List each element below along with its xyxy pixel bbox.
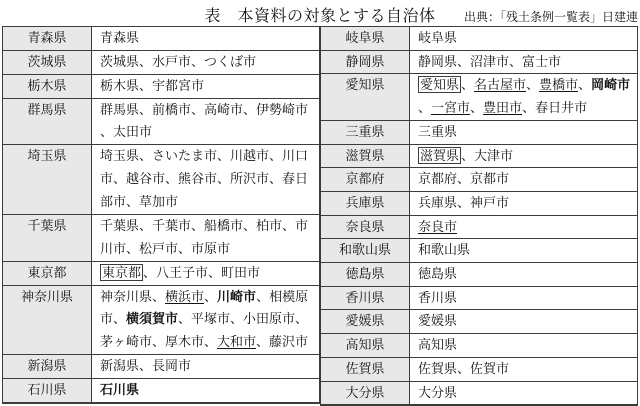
table-row: 石川県石川県	[3, 379, 320, 403]
municipality-segment-plain: 、	[578, 77, 591, 92]
municipalities-cell: 岐阜県	[410, 27, 638, 51]
prefecture-cell: 滋賀県	[321, 144, 410, 168]
municipality-segment-underline: 一宮市	[431, 100, 470, 115]
table-row: 静岡県静岡県、沼津市、富士市	[321, 50, 638, 74]
prefecture-cell: 神奈川県	[3, 285, 92, 355]
table-row: 茨城県茨城県、水戸市、つくば市	[3, 50, 320, 74]
municipality-segment-plain: 、春日井市	[522, 100, 587, 115]
municipality-segment-plain: 兵庫県、神戸市	[418, 195, 509, 210]
table-row: 高知県高知県	[321, 334, 638, 358]
municipality-segment-plain: 栃木県、宇都宮市	[100, 78, 204, 93]
municipality-segment-plain: 新潟県、長岡市	[100, 358, 191, 373]
municipality-segment-bold: 横須賀市	[126, 311, 178, 326]
table-row: 和歌山県和歌山県	[321, 239, 638, 263]
municipality-segment-underline: 名古屋市	[474, 77, 526, 92]
municipality-segment-plain: 徳島県	[418, 266, 457, 281]
municipalities-cell: 石川県	[92, 379, 320, 403]
municipality-segment-plain: 静岡県、沼津市、富士市	[418, 54, 561, 69]
table-row: 栃木県栃木県、宇都宮市	[3, 74, 320, 98]
municipalities-cell: 東京都、八王子市、町田市	[92, 261, 320, 285]
table-row: 群馬県群馬県、前橋市、高崎市、伊勢崎市、太田市	[3, 98, 320, 145]
table-row: 青森県青森県	[3, 27, 320, 51]
municipality-table-right: 岐阜県岐阜県静岡県静岡県、沼津市、富士市愛知県愛知県、名古屋市、豊橋市、岡崎市、…	[320, 26, 638, 406]
table-row: 岐阜県岐阜県	[321, 27, 638, 51]
municipality-segment-plain: 三重県	[418, 124, 457, 139]
prefecture-cell: 青森県	[3, 27, 92, 51]
municipality-segment-plain: 茨城県、水戸市、つくば市	[100, 54, 256, 69]
municipality-segment-plain: 群馬県、前橋市、高崎市、伊勢崎市、太田市	[100, 102, 308, 140]
municipalities-cell: 新潟県、長岡市	[92, 355, 320, 379]
municipality-segment-bold: 石川県	[100, 382, 139, 397]
prefecture-cell: 千葉県	[3, 214, 92, 261]
table-row: 滋賀県滋賀県、大津市	[321, 144, 638, 168]
municipalities-cell: 滋賀県、大津市	[410, 144, 638, 168]
prefecture-cell: 徳島県	[321, 263, 410, 287]
municipalities-cell: 群馬県、前橋市、高崎市、伊勢崎市、太田市	[92, 98, 320, 145]
prefecture-cell: 新潟県	[3, 355, 92, 379]
prefecture-cell: 栃木県	[3, 74, 92, 98]
municipality-segment-plain: 、藤沢市	[256, 334, 308, 349]
table-row: 奈良県奈良市	[321, 215, 638, 239]
municipality-segment-plain: 香川県	[418, 290, 457, 305]
table-body-right: 岐阜県岐阜県静岡県静岡県、沼津市、富士市愛知県愛知県、名古屋市、豊橋市、岡崎市、…	[321, 27, 638, 406]
municipality-segment-bold: 川崎市	[217, 289, 256, 304]
table-row: 新潟県新潟県、長岡市	[3, 355, 320, 379]
source-caption: 出典：「残土条例一覧表」日建連	[464, 8, 638, 25]
table-row: 兵庫県兵庫県、神戸市	[321, 191, 638, 215]
municipalities-cell: 三重県	[410, 120, 638, 144]
prefecture-cell: 兵庫県	[321, 191, 410, 215]
municipality-segment-plain: 佐賀県、佐賀市	[418, 361, 509, 376]
prefecture-cell: 高知県	[321, 334, 410, 358]
prefecture-cell: 群馬県	[3, 98, 92, 145]
municipalities-cell: 高知県	[410, 334, 638, 358]
prefecture-cell: 大分県	[321, 381, 410, 405]
table-row: 千葉県千葉県、千葉市、船橋市、柏市、市川市、松戸市、市原市	[3, 214, 320, 261]
municipality-segment-plain: 、	[418, 100, 431, 115]
prefecture-cell: 三重県	[321, 120, 410, 144]
prefecture-cell: 埼玉県	[3, 145, 92, 215]
municipalities-cell: 大分県	[410, 381, 638, 405]
municipality-segment-plain: 、	[204, 289, 217, 304]
municipalities-cell: 京都府、京都市	[410, 168, 638, 192]
table-row: 徳島県徳島県	[321, 263, 638, 287]
prefecture-cell: 愛媛県	[321, 310, 410, 334]
municipality-segment-plain: 愛媛県	[418, 313, 457, 328]
prefecture-cell: 奈良県	[321, 215, 410, 239]
municipality-segment-plain: 神奈川県、	[100, 289, 165, 304]
municipality-segment-plain: 、	[461, 77, 474, 92]
municipalities-cell: 栃木県、宇都宮市	[92, 74, 320, 98]
municipality-segment-plain: 青森県	[100, 30, 139, 45]
municipalities-cell: 愛知県、名古屋市、豊橋市、岡崎市、一宮市、豊田市、春日井市	[410, 74, 638, 120]
municipalities-cell: 徳島県	[410, 263, 638, 287]
municipalities-cell: 兵庫県、神戸市	[410, 191, 638, 215]
municipality-segment-plain: 、	[470, 100, 483, 115]
table-row: 愛知県愛知県、名古屋市、豊橋市、岡崎市、一宮市、豊田市、春日井市	[321, 74, 638, 120]
municipalities-cell: 千葉県、千葉市、船橋市、柏市、市川市、松戸市、市原市	[92, 214, 320, 261]
municipalities-cell: 香川県	[410, 286, 638, 310]
municipality-segment-boxed: 滋賀県	[418, 147, 461, 164]
table-row: 京都府京都府、京都市	[321, 168, 638, 192]
prefecture-cell: 岐阜県	[321, 27, 410, 51]
municipalities-cell: 青森県	[92, 27, 320, 51]
municipality-segment-plain: 岐阜県	[418, 30, 457, 45]
municipalities-cell: 愛媛県	[410, 310, 638, 334]
municipalities-cell: 茨城県、水戸市、つくば市	[92, 50, 320, 74]
municipality-tables: 青森県青森県茨城県茨城県、水戸市、つくば市栃木県栃木県、宇都宮市群馬県群馬県、前…	[2, 26, 638, 406]
municipalities-cell: 和歌山県	[410, 239, 638, 263]
table-row: 香川県香川県	[321, 286, 638, 310]
municipality-segment-plain: 千葉県、千葉市、船橋市、柏市、市川市、松戸市、市原市	[100, 218, 308, 256]
municipality-segment-underline: 豊橋市	[539, 77, 578, 92]
table-row: 三重県三重県	[321, 120, 638, 144]
table-row: 愛媛県愛媛県	[321, 310, 638, 334]
municipalities-cell: 佐賀県、佐賀市	[410, 357, 638, 381]
municipality-segment-plain: 和歌山県	[418, 242, 470, 257]
municipality-segment-plain: 高知県	[418, 337, 457, 352]
municipality-segment-underline: 横浜市	[165, 289, 204, 304]
table-body-left: 青森県青森県茨城県茨城県、水戸市、つくば市栃木県栃木県、宇都宮市群馬県群馬県、前…	[3, 27, 320, 404]
municipality-segment-underline: 大和市	[217, 334, 256, 349]
prefecture-cell: 京都府	[321, 168, 410, 192]
prefecture-cell: 香川県	[321, 286, 410, 310]
municipality-table-left: 青森県青森県茨城県茨城県、水戸市、つくば市栃木県栃木県、宇都宮市群馬県群馬県、前…	[2, 26, 320, 404]
table-row: 大分県大分県	[321, 381, 638, 405]
prefecture-cell: 佐賀県	[321, 357, 410, 381]
municipalities-cell: 奈良市	[410, 215, 638, 239]
table-row: 佐賀県佐賀県、佐賀市	[321, 357, 638, 381]
municipality-segment-boxed: 愛知県	[418, 76, 461, 93]
municipality-segment-plain: 、大津市	[461, 148, 513, 163]
municipality-segment-plain: 、	[526, 77, 539, 92]
table-row: 東京都東京都、八王子市、町田市	[3, 261, 320, 285]
municipality-segment-plain: 、八王子市、町田市	[143, 265, 260, 280]
document-page: 表 本資料の対象とする自治体 出典：「残土条例一覧表」日建連 青森県青森県茨城県…	[0, 0, 640, 406]
prefecture-cell: 茨城県	[3, 50, 92, 74]
municipalities-cell: 神奈川県、横浜市、川崎市、相模原市、横須賀市、平塚市、小田原市、茅ヶ崎市、厚木市…	[92, 285, 320, 355]
prefecture-cell: 東京都	[3, 261, 92, 285]
table-caption-row: 表 本資料の対象とする自治体 出典：「残土条例一覧表」日建連	[0, 0, 640, 26]
municipality-segment-plain: 大分県	[418, 385, 457, 400]
municipality-segment-plain: 埼玉県、さいたま市、川越市、川口市、越谷市、熊谷市、所沢市、春日部市、草加市	[100, 148, 308, 208]
municipalities-cell: 静岡県、沼津市、富士市	[410, 50, 638, 74]
municipality-segment-underline: 奈良市	[418, 219, 457, 234]
prefecture-cell: 和歌山県	[321, 239, 410, 263]
municipality-segment-plain: 京都府、京都市	[418, 171, 509, 186]
municipality-segment-bold: 岡崎市	[591, 77, 630, 92]
municipality-segment-boxed: 東京都	[100, 264, 143, 281]
table-row: 埼玉県埼玉県、さいたま市、川越市、川口市、越谷市、熊谷市、所沢市、春日部市、草加…	[3, 145, 320, 215]
prefecture-cell: 石川県	[3, 379, 92, 403]
municipality-segment-underline: 豊田市	[483, 100, 522, 115]
municipalities-cell: 埼玉県、さいたま市、川越市、川口市、越谷市、熊谷市、所沢市、春日部市、草加市	[92, 145, 320, 215]
table-row: 神奈川県神奈川県、横浜市、川崎市、相模原市、横須賀市、平塚市、小田原市、茅ヶ崎市…	[3, 285, 320, 355]
prefecture-cell: 愛知県	[321, 74, 410, 120]
prefecture-cell: 静岡県	[321, 50, 410, 74]
